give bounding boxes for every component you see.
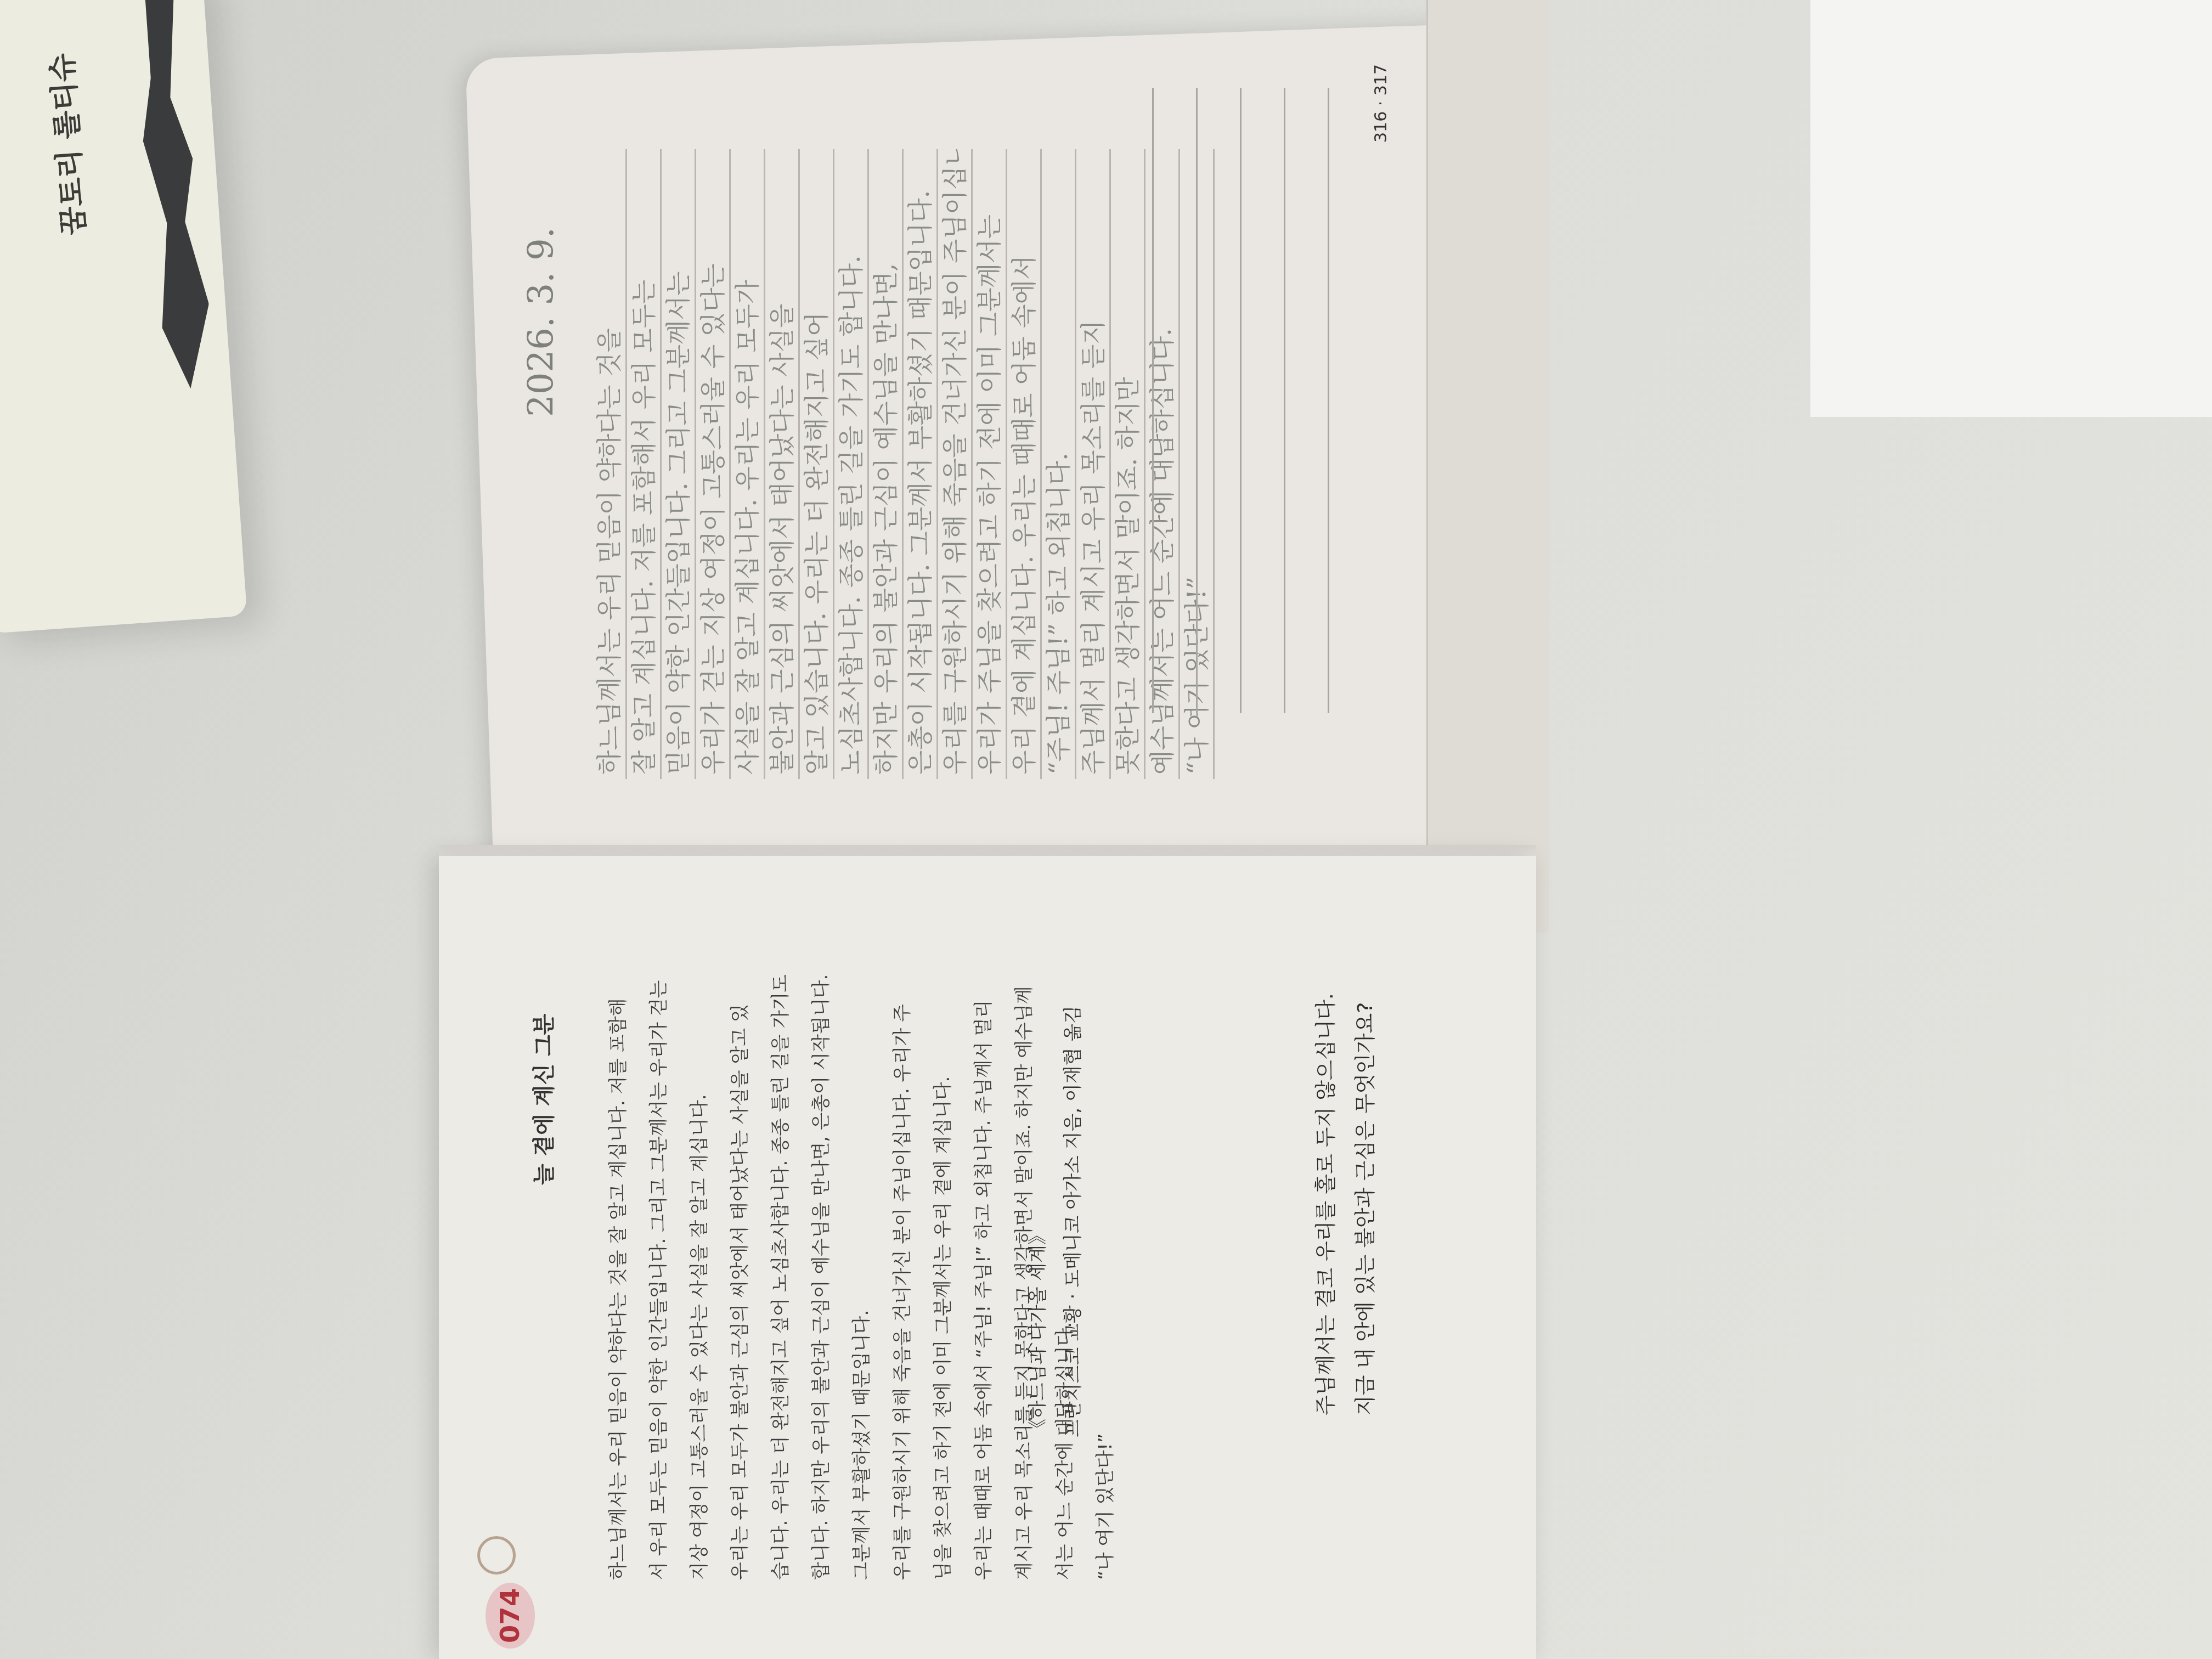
handwritten-line: 노심초사합니다. 종종 틀린 길을 가기도 합니다. bbox=[834, 149, 869, 779]
body-line: 습니다. 우리는 더 완전해지고 싶어 노심초사합니다. 종종 틀린 길을 가기… bbox=[760, 974, 801, 1580]
handwritten-line: 믿음이 약한 인간들입니다. 그리고 그분께서는 bbox=[662, 149, 696, 779]
entry-title: 늘 곁에 계신 그분 bbox=[527, 1014, 558, 1185]
handwritten-line: 우리가 걷는 지상 여정이 고통스러울 수 있다는 bbox=[696, 149, 731, 779]
writing-line bbox=[1152, 88, 1154, 713]
handwritten-line: 은총이 시작됩니다. 그분께서 부활하셨기 때문입니다. bbox=[904, 149, 938, 779]
blank-writing-lines bbox=[1130, 88, 1350, 713]
writing-line bbox=[1328, 88, 1329, 713]
handwritten-line: 불안과 근심의 씨앗에서 태어났다는 사실을 bbox=[765, 149, 800, 779]
bag-tie bbox=[126, 0, 215, 391]
body-line: 합니다. 하지만 우리의 불안과 근심이 예수님을 만나면, 은총이 시작됩니다… bbox=[801, 974, 842, 1580]
entry-number-badge: 074 bbox=[486, 1583, 535, 1649]
reflection-question: 주님께서는 결코 우리를 홀로 두지 않으십니다. 지금 내 안에 있는 불안과… bbox=[1306, 993, 1385, 1415]
writing-line bbox=[1240, 88, 1242, 713]
sun-icon bbox=[477, 1536, 516, 1575]
handwritten-line: 우리 곁에 계십니다. 우리는 때때로 어둠 속에서 bbox=[1007, 149, 1042, 779]
handwritten-line: 주님께서 멀리 계시고 우리 목소리를 듣지 bbox=[1076, 149, 1111, 779]
reflection-line: 지금 내 안에 있는 불안과 근심은 무엇인가요? bbox=[1345, 993, 1385, 1415]
source-credit: 프란치스코 교황 · 도메니코 아가소 지음, 이재협 옮김 bbox=[1056, 1006, 1091, 1437]
source-citation: 《하느님과 다가올 세계》 프란치스코 교황 · 도메니코 아가소 지음, 이재… bbox=[1020, 1006, 1091, 1437]
bag-brand-text: 꿈토리 롤티슈 bbox=[38, 52, 93, 236]
writing-line bbox=[1284, 88, 1285, 713]
reflection-line: 주님께서는 결코 우리를 홀로 두지 않으십니다. bbox=[1306, 993, 1345, 1415]
body-line: 우리를 구원하시기 위해 죽음을 건너가신 분이 주님이십니다. 우리가 주 bbox=[882, 974, 923, 1580]
handwritten-date: 2026. 3. 9. bbox=[521, 227, 562, 417]
handwritten-line: 알고 있습니다. 우리는 더 완전해지고 싶어 bbox=[800, 149, 834, 779]
side-paper-sheet bbox=[1810, 0, 2212, 417]
body-line: 하느님께서는 우리 믿음이 약하다는 것을 잘 알고 계십니다. 저를 포함해 bbox=[598, 974, 639, 1580]
body-line: 님을 찾으려고 하기 전에 이미 그분께서는 우리 곁에 계십니다. bbox=[923, 974, 963, 1580]
handwritten-transcription: 하느님께서는 우리 믿음이 약하다는 것을 잘 알고 계십니다. 저를 포함해서… bbox=[592, 149, 1215, 779]
page-numbers: 316 · 317 bbox=[1372, 64, 1391, 143]
body-line: “나 여기 있단다!” bbox=[1085, 974, 1126, 1580]
body-line: 우리는 때때로 어둠 속에서 “주님! 주님!” 하고 외칩니다. 주님께서 멀… bbox=[963, 974, 1004, 1580]
page-edge bbox=[1426, 0, 1549, 933]
handwritten-line: 우리가 주님을 찾으려고 하기 전에 이미 그분께서는 bbox=[973, 149, 1007, 779]
body-line: 우리는 우리 모두가 불안과 근심의 씨앗에서 태어났다는 사실을 알고 있 bbox=[720, 974, 760, 1580]
handwritten-line: “주님! 주님!” 하고 외칩니다. bbox=[1042, 149, 1076, 779]
source-title: 《하느님과 다가올 세계》 bbox=[1020, 1006, 1056, 1437]
handwritten-line: 우리를 구원하시기 위해 죽음을 건너가신 분이 주님이십니다. bbox=[938, 149, 973, 779]
bag-brand-label: 꿈토리 롤티슈 bbox=[5, 64, 126, 225]
body-line: 지상 여정이 고통스러울 수 있다는 사실을 잘 알고 계십니다. bbox=[679, 974, 720, 1580]
body-line: 서 우리 모두는 믿음이 약한 인간들입니다. 그리고 그분께서는 우리가 걷는 bbox=[639, 974, 679, 1580]
handwritten-line: 하지만 우리의 불안과 근심이 예수님을 만나면, bbox=[869, 149, 904, 779]
tissue-bag: 꿈토리 롤티슈 bbox=[0, 0, 247, 634]
handwritten-line: 사실을 잘 알고 계십니다. 우리는 우리 모두가 bbox=[731, 149, 765, 779]
handwritten-line: 하느님께서는 우리 믿음이 약하다는 것을 bbox=[592, 149, 627, 779]
writing-line bbox=[1196, 88, 1198, 713]
handwritten-line: 잘 알고 계십니다. 저를 포함해서 우리 모두는 bbox=[627, 149, 662, 779]
body-line: 그분께서 부활하셨기 때문입니다. bbox=[842, 974, 882, 1580]
entry-number: 074 bbox=[495, 1588, 526, 1643]
